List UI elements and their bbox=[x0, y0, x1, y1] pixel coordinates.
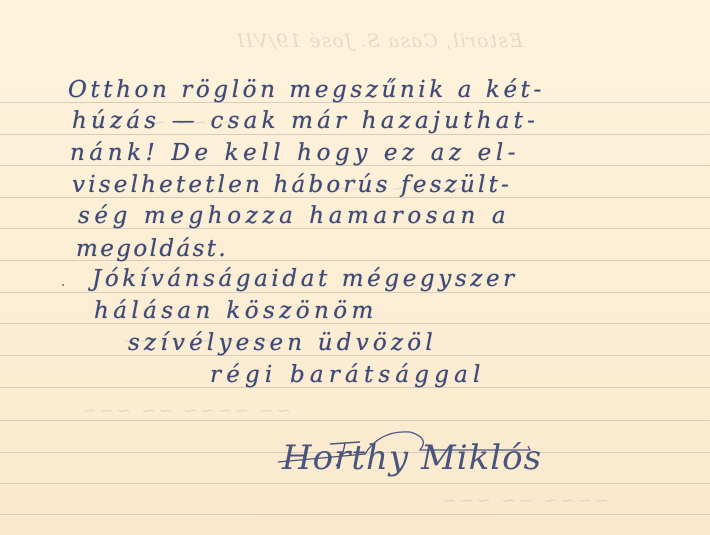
ruled-line bbox=[0, 420, 710, 421]
ink-dot bbox=[62, 284, 64, 286]
letter-line-7: Jókívánságaidat mégegyszer bbox=[92, 266, 518, 292]
letter-line-9: szívélyesen üdvözöl bbox=[128, 330, 437, 356]
letter-line-8: hálásan köszönöm bbox=[94, 298, 378, 324]
letter-line-5: ség meghozza hamarosan a bbox=[78, 203, 510, 229]
letter-line-3: nánk! De kell hogy ez az el- bbox=[70, 140, 520, 166]
bleed-through-text: ~~~~ ~~ ~~~ bbox=[440, 490, 609, 511]
letter-line-1: Otthon röglön megszűnik a két- bbox=[68, 77, 545, 103]
ruled-line bbox=[0, 483, 710, 484]
letter-line-10: régi barátsággal bbox=[210, 362, 486, 388]
letter-line-4: viselhetetlen háborús feszült- bbox=[72, 172, 512, 198]
letter-page: Estoril, Casa S. José 19/VII ~ ~~ ~ ~~~ … bbox=[0, 0, 710, 535]
signature: Horthy Miklós bbox=[282, 438, 542, 478]
letter-line-2: húzás — csak már hazajuthat- bbox=[72, 108, 539, 134]
letter-line-6: megoldást. bbox=[76, 236, 228, 262]
bleed-through-text: ~~ ~~~~ ~~ ~~~ bbox=[80, 400, 291, 421]
ruled-line bbox=[0, 134, 710, 135]
bleed-through-header: Estoril, Casa S. José 19/VII bbox=[236, 30, 523, 52]
ruled-line bbox=[0, 292, 710, 293]
ruled-line bbox=[0, 514, 710, 515]
